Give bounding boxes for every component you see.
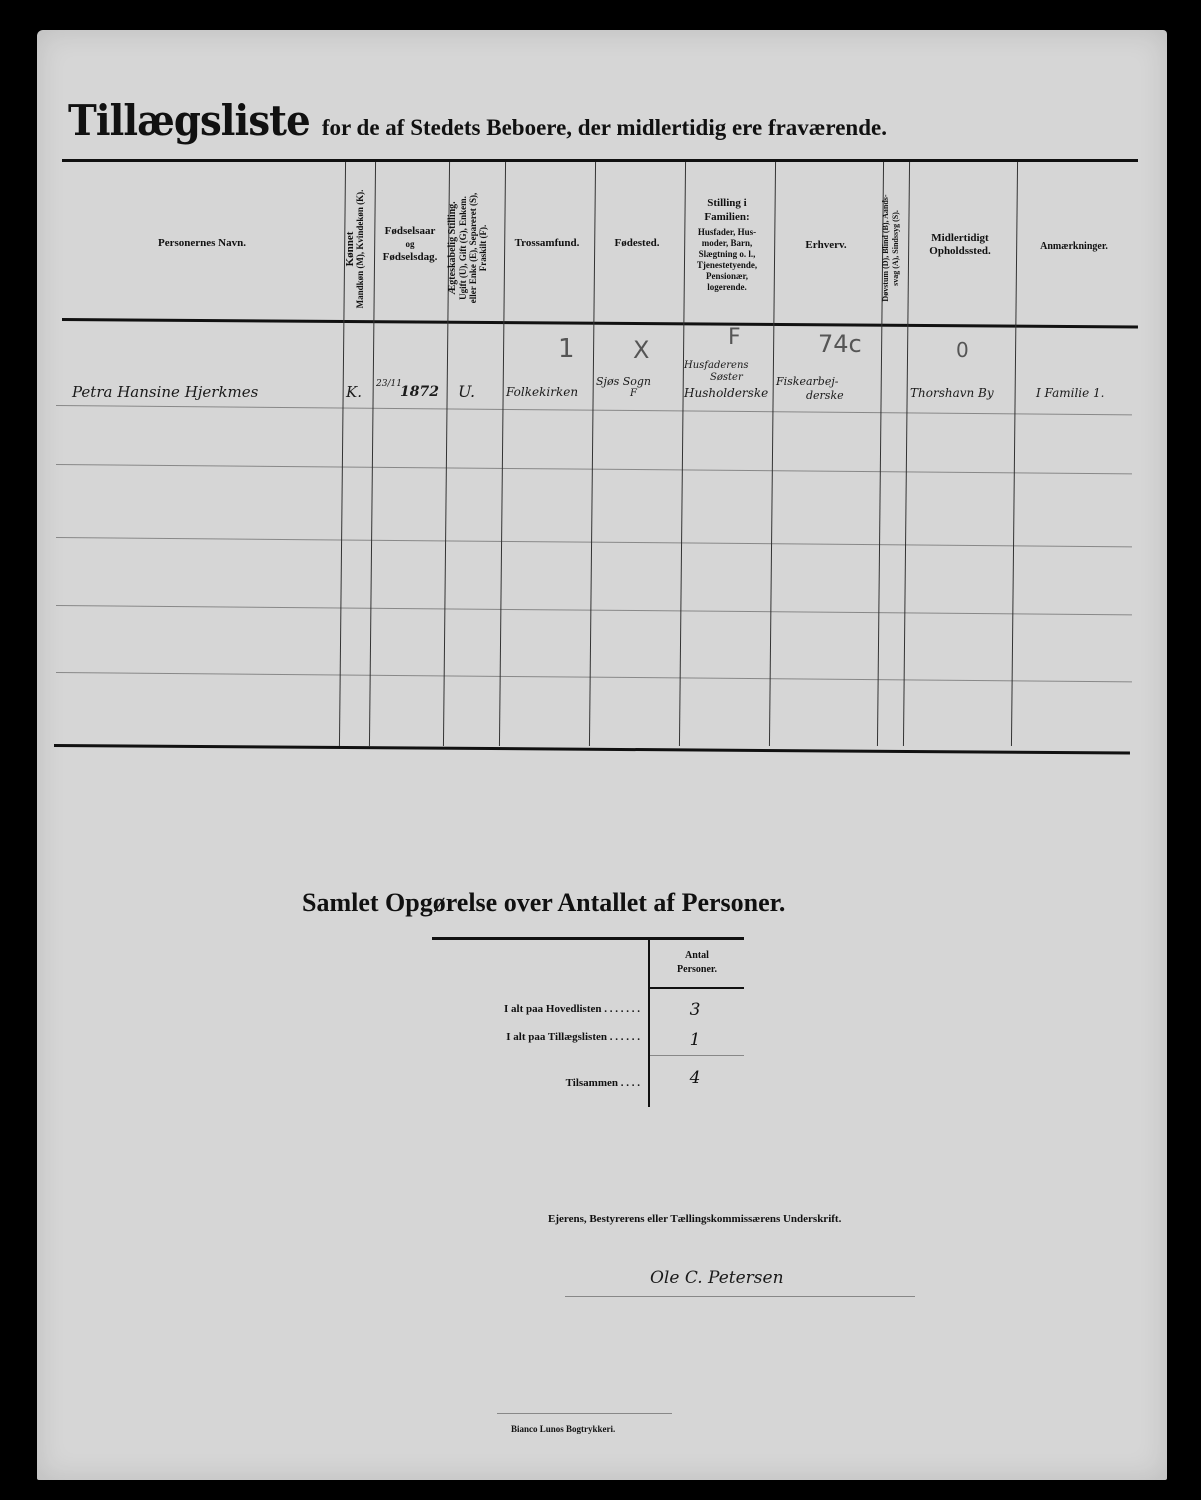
cell-fodested-code: X <box>633 336 649 364</box>
header-aegteskabelig-stilling: Ægteskabelig Stilling. Ugift (U), Gift (… <box>448 173 498 323</box>
cell-fodested-sub: F <box>630 388 637 399</box>
summary-column-header: Antal Personer. <box>652 949 742 977</box>
signature-line <box>565 1296 915 1297</box>
cell-anmaerkninger: I Familie 1. <box>1036 386 1104 400</box>
cell-aegteskab: U. <box>458 382 475 401</box>
cell-opholdssted: Thorshavn By <box>910 386 994 400</box>
header-anmaerkninger: Anmærkninger. <box>1014 240 1134 253</box>
cell-navn: Petra Hansine Hjerkmes <box>72 383 258 401</box>
header-sygdom: Døvstum (D), Blind (B), Aands- svag (A),… <box>881 188 905 308</box>
summary-label-hovedlisten: I alt paa Hovedlisten . . . . . . . <box>400 1003 640 1015</box>
cell-erhverv-code: 74c <box>818 330 862 358</box>
cell-erhverv-line2: derske <box>806 389 844 402</box>
header-fodselsaar: Fødselsaar og Fødselsdag. <box>372 225 448 264</box>
signature-value: Ole C. Petersen <box>650 1268 784 1288</box>
header-erhverv: Erhverv. <box>772 239 880 252</box>
summary-title: Samlet Opgørelse over Antallet af Person… <box>302 888 785 918</box>
form-title-main: Tillægsliste <box>68 96 310 145</box>
cell-opholdssted-code: 0 <box>956 338 969 362</box>
summary-value-tilsammen: 4 <box>650 1068 740 1088</box>
cell-fodselsaar: 1872 <box>400 384 439 400</box>
header-stilling-i-familien: Stilling i Familien: Husfader, Hus- mode… <box>682 196 772 293</box>
printer-imprint: Bianco Lunos Bogtrykkeri. <box>511 1424 615 1434</box>
summary-value-tillaegslisten: 1 <box>650 1030 740 1050</box>
cell-fodested: Sjøs Sogn <box>596 375 651 388</box>
cell-erhverv-line1: Fiskearbej- <box>776 375 838 388</box>
cell-kjonnet: K. <box>346 383 362 401</box>
summary-label-tillaegslisten: I alt paa Tillægslisten . . . . . . <box>400 1031 640 1043</box>
header-midlertidigt-opholdssted: Midlertidigt Opholdssted. <box>906 232 1014 258</box>
summary-header-rule <box>650 987 744 989</box>
signature-label: Ejerens, Bestyrerens eller Tællingskommi… <box>548 1213 841 1225</box>
table-top-rule <box>62 159 1138 162</box>
cell-stilling-code: F <box>728 325 741 350</box>
summary-label-tilsammen: Tilsammen . . . . <box>400 1077 640 1089</box>
cell-stilling-line3: Husholderske <box>684 386 768 400</box>
cell-stilling-line2: Søster <box>710 372 743 383</box>
form-title: Tillægsliste for de af Stedets Beboere, … <box>68 96 887 145</box>
header-trossamfund: Trossamfund. <box>502 237 592 250</box>
header-kjonnet: Kønnet Mandkøn (M), Kvindekøn (K). <box>345 189 371 309</box>
summary-top-rule <box>432 937 744 940</box>
cell-stilling-line1: Husfaderens <box>684 360 749 371</box>
cell-fodselsdag: 23/11 <box>376 379 402 389</box>
summary-subtotal-rule <box>650 1055 744 1056</box>
cell-trossamfund-code: 1 <box>558 334 575 364</box>
cell-trossamfund: Folkekirken <box>506 385 578 399</box>
form-title-subtitle: for de af Stedets Beboere, der midlertid… <box>322 115 887 140</box>
header-personernes-navn: Personernes Navn. <box>62 237 342 250</box>
printer-rule <box>497 1413 672 1414</box>
summary-value-hovedlisten: 3 <box>650 1000 740 1020</box>
header-fodested: Fødested. <box>592 237 682 250</box>
